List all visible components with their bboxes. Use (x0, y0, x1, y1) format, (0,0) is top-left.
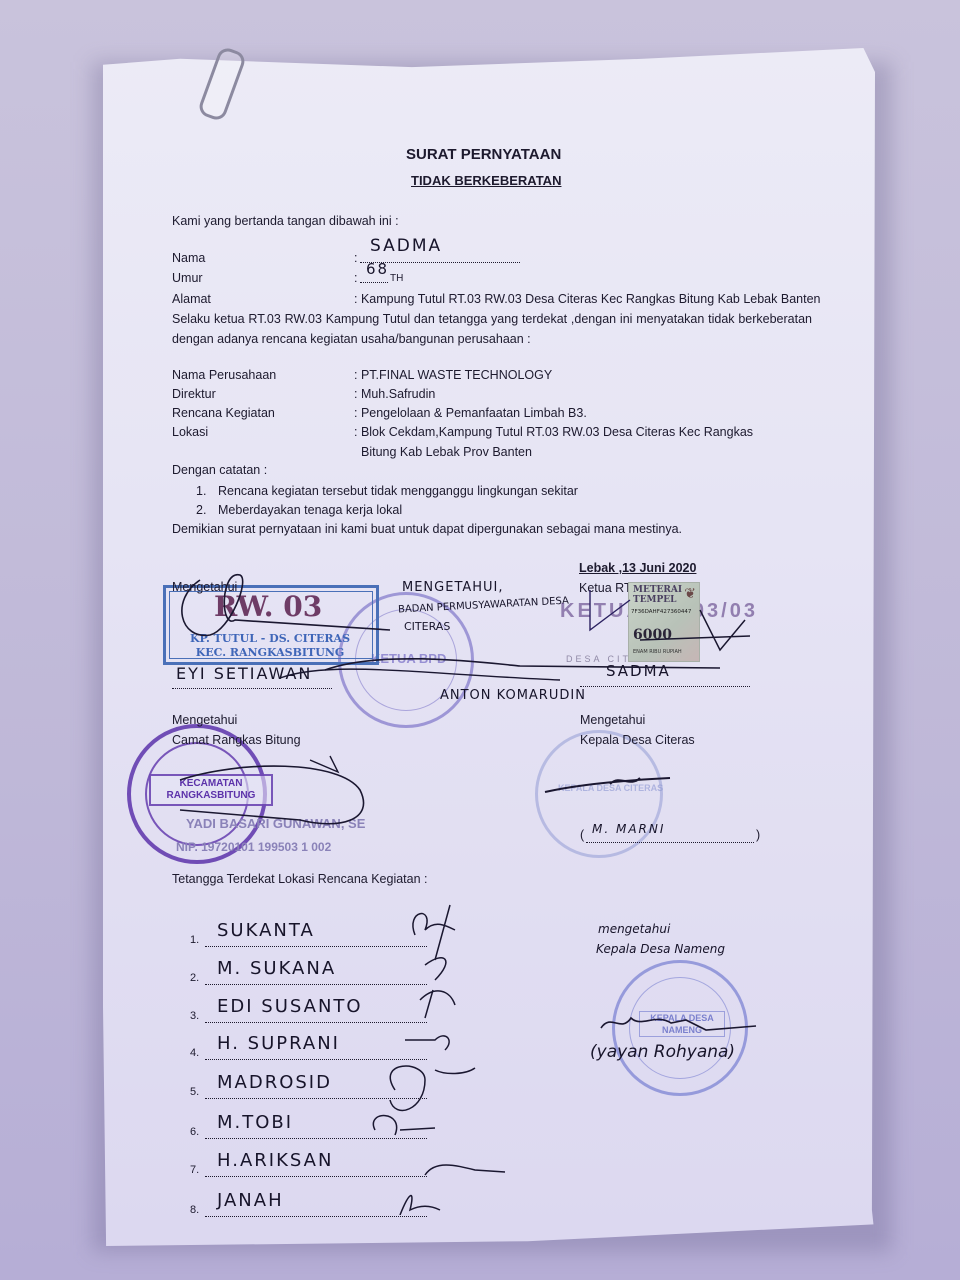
neighbor-number: 2. (190, 972, 199, 984)
lokasi-label: Lokasi (172, 425, 208, 439)
neighbor-row: MADROSID (205, 1080, 427, 1099)
camat-signature (160, 750, 380, 840)
neighbor-row: EDI SUSANTO (205, 1004, 427, 1023)
lokasi-value-2: Bitung Kab Lebak Prov Banten (361, 445, 532, 459)
umur-colon: : (354, 271, 357, 285)
neighbor-number: 6. (190, 1126, 199, 1138)
neighbor-name: M. SUKANA (217, 958, 336, 979)
nama-label: Nama (172, 251, 205, 265)
rencana-value: : Pengelolaan & Pemanfaatan Limbah B3. (354, 406, 587, 420)
camat-nip: NIP. 19720101 199503 1 002 (176, 840, 331, 854)
camat-label-2: Camat Rangkas Bitung (172, 733, 301, 747)
top-signatures-ink (160, 570, 780, 710)
camat-label-1: Mengetahui (172, 713, 237, 727)
direktur-label: Direktur (172, 387, 216, 401)
kades-citeras-paren-close: ) (756, 828, 760, 842)
kades-citeras-name-field: M. MARNI (586, 828, 754, 843)
neighbor-number: 7. (190, 1164, 199, 1176)
nama-colon: : (354, 251, 357, 265)
umur-value: 68 (366, 260, 389, 278)
document-subtitle: TIDAK BERKEBERATAN (411, 173, 561, 188)
rencana-label: Rencana Kegiatan (172, 406, 275, 420)
note-2-num: 2. (196, 503, 206, 517)
note-1-num: 1. (196, 484, 206, 498)
note-2-text: Meberdayakan tenaga kerja lokal (218, 503, 402, 517)
alamat-value: : Kampung Tutul RT.03 RW.03 Desa Citeras… (354, 292, 820, 306)
neighbor-name: H.ARIKSAN (217, 1150, 333, 1171)
umur-field: 68 (360, 266, 388, 283)
kades-nameng-signature (596, 1008, 766, 1038)
kades-nameng-label-2: Kepala Desa Nameng (596, 942, 725, 956)
neighbor-name: M.TOBI (217, 1112, 293, 1133)
kades-citeras-label-1: Mengetahui (580, 713, 645, 727)
neighbor-row: H.ARIKSAN (205, 1158, 427, 1177)
kades-nameng-name: (yayan Rohyana) (590, 1042, 735, 1062)
umur-unit: TH (390, 273, 403, 284)
neighbor-number: 1. (190, 934, 199, 946)
document: SURAT PERNYATAAN TIDAK BERKEBERATAN Kami… (0, 0, 960, 1280)
neighbor-number: 4. (190, 1047, 199, 1059)
intro-text: Kami yang bertanda tangan dibawah ini : (172, 214, 399, 228)
kades-nameng-label-1: mengetahui (598, 922, 670, 936)
neighbor-number: 3. (190, 1010, 199, 1022)
kades-citeras-paren-open: ( (580, 828, 584, 842)
neighbor-number: 8. (190, 1204, 199, 1216)
neighbor-name: JANAH (217, 1190, 284, 1211)
neighbor-name: H. SUPRANI (217, 1033, 340, 1054)
neighbor-name: EDI SUSANTO (217, 996, 363, 1017)
neighbor-name: SUKANTA (217, 920, 315, 941)
neighbors-label: Tetangga Terdekat Lokasi Rencana Kegiata… (172, 872, 428, 886)
notes-label: Dengan catatan : (172, 463, 267, 477)
umur-label: Umur (172, 271, 203, 285)
closing-text: Demikian surat pernyataan ini kami buat … (172, 522, 682, 536)
neighbor-row: H. SUPRANI (205, 1041, 427, 1060)
company-name-value: : PT.FINAL WASTE TECHNOLOGY (354, 368, 552, 382)
kades-citeras-label-2: Kepala Desa Citeras (580, 733, 695, 747)
kades-citeras-signature (540, 770, 680, 800)
direktur-value: : Muh.Safrudin (354, 387, 435, 401)
neighbor-row: M.TOBI (205, 1120, 427, 1139)
kades-citeras-name: M. MARNI (592, 822, 665, 836)
company-name-label: Nama Perusahaan (172, 368, 276, 382)
lokasi-value-1: : Blok Cekdam,Kampung Tutul RT.03 RW.03 … (354, 425, 753, 439)
neighbor-name: MADROSID (217, 1072, 332, 1093)
neighbor-row: JANAH (205, 1198, 427, 1217)
statement-text: Selaku ketua RT.03 RW.03 Kampung Tutul d… (172, 309, 812, 349)
neighbor-number: 5. (190, 1086, 199, 1098)
neighbor-row: M. SUKANA (205, 966, 427, 985)
document-title: SURAT PERNYATAAN (406, 146, 561, 163)
neighbor-row: SUKANTA (205, 928, 427, 947)
alamat-label: Alamat (172, 292, 211, 306)
nama-value: SADMA (370, 236, 442, 256)
neighbor-signatures-ink (395, 900, 565, 1220)
note-1-text: Rencana kegiatan tersebut tidak menggang… (218, 484, 578, 498)
